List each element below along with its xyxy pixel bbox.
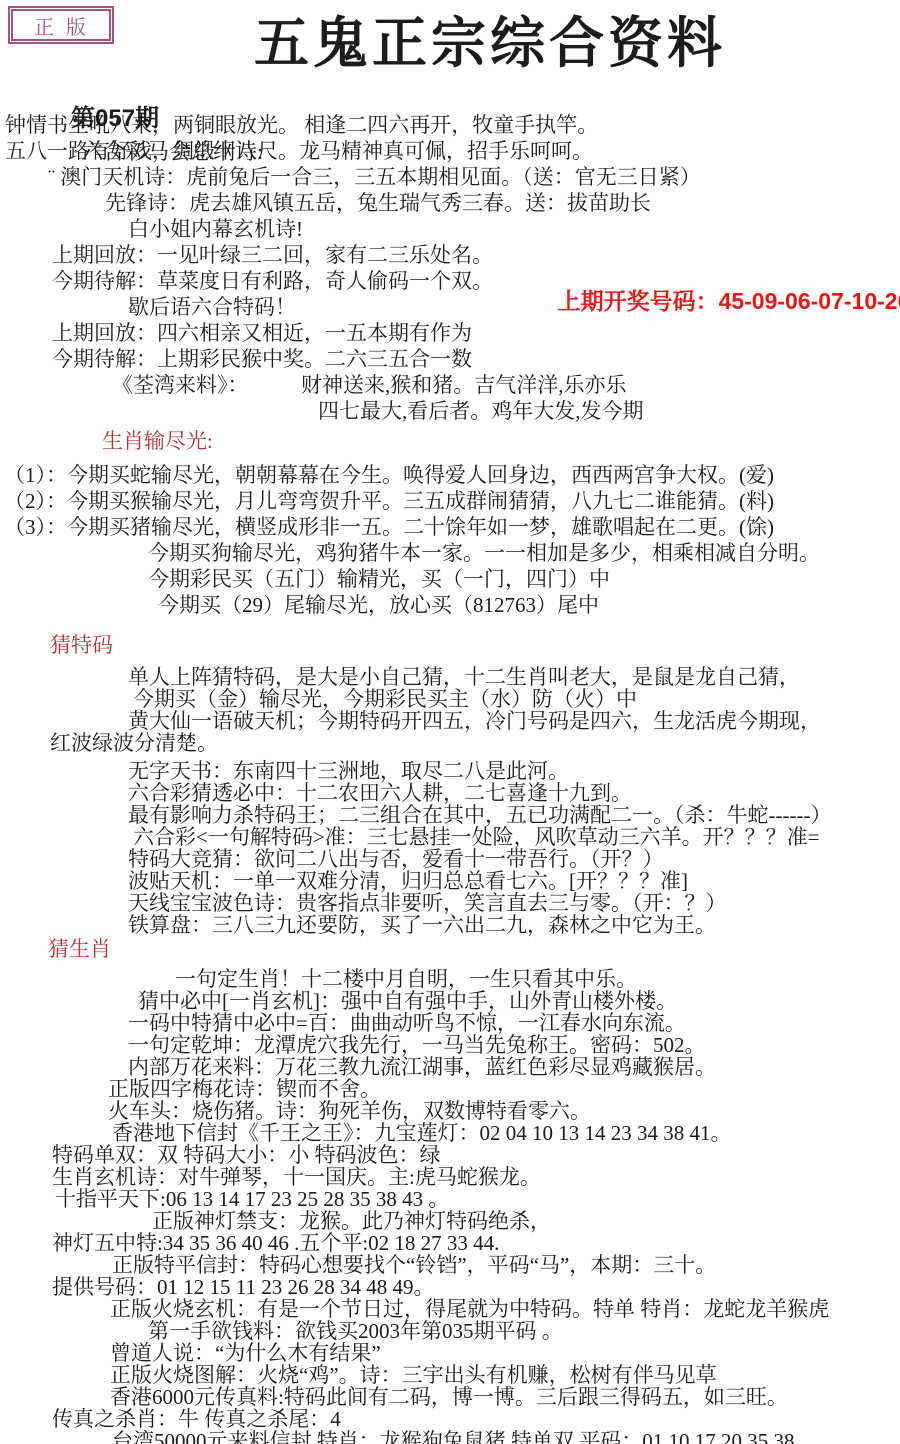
text-line: 神灯五中特:34 35 36 40 46 .五个平:02 18 27 33 44…: [0, 1232, 900, 1254]
text-line: 第一手欲钱料：欲钱买2003年第035期平码 。: [0, 1320, 900, 1342]
text-line: 正版火烧图解：火烧“鸡”。诗：三宇出头有机赚，松树有伴马见草: [0, 1364, 900, 1386]
text-line: 生肖玄机诗：对牛弹琴，十一国庆。主:虎马蛇猴龙。: [0, 1166, 900, 1188]
text-line: 特码大竞猜：欲问二八出与否，爱看十一带吾行。（开？）: [0, 848, 900, 870]
text-line: 《荃湾来料》： 财神送来,猴和猪。吉气洋洋,乐亦乐: [0, 372, 900, 398]
text-line: 黄大仙一语破天机；今期特码开四五，冷门号码是四六，生龙活虎今期现，: [0, 710, 900, 732]
text-line: 曾道人说：“为什么木有结果”: [0, 1342, 900, 1364]
last-draw-numbers: 45-09-06-07-10-26+48: [719, 288, 900, 314]
text-line: 红波绿波分清楚。: [0, 732, 900, 754]
text-line: 今期待解：上期彩民猴中奖。二六三五合一数: [0, 346, 900, 372]
authenticity-badge: 正版: [8, 6, 114, 44]
text-line: 香港6000元传真料:特码此间有二码，博一博。三后跟三得码五，如三旺。: [0, 1386, 900, 1408]
text-line: 六合彩猜透必中：十二农田六人耕，二七喜逢十九到。: [0, 782, 900, 804]
text-line: 今期彩民买（五门）输精光，买（一门，四门）中: [0, 566, 900, 592]
text-line: 香港地下信封《千王之王》：九宝莲灯：02 04 10 13 14 23 34 3…: [0, 1122, 900, 1144]
text-line: （1）：今期买蛇输尽光，朝朝幕幕在今生。唤得爱人回身边，西西两宫争大权。(爱): [0, 462, 900, 488]
text-line: 四七最大,看后者。鸡年大发,发今期: [0, 398, 900, 424]
text-line: 内部万花来料：万花三教九流江湖事，蓝红色彩尽显鸡藏猴居。: [0, 1056, 900, 1078]
document-page: 正版 五鬼正宗综合资料 第057期 六合彩马会总纲诗: 钟情书生吼八来，两铜眼放…: [0, 0, 900, 1444]
text-line: 白小姐内幕玄机诗!: [0, 216, 900, 242]
text-line: 一句定生肖！十二楼中月自明，一生只看其中乐。: [0, 968, 900, 990]
text-line: 天线宝宝波色诗：贵客指点非要听，笑言直去三与零。（开：？）: [0, 892, 900, 914]
text-line: 钟情书生吼八来，两铜眼放光。 相逢二四六再开，牧童手执竿。: [0, 112, 900, 138]
text-line: 一码中特猜中必中=百：曲曲动听鸟不惊，一江春水向东流。: [0, 1012, 900, 1034]
text-line: 台湾50000元来料信封 特肖：龙猴狗兔鼠猪 特单双 平码：01 10 17 2…: [0, 1430, 900, 1444]
text-line: 一句定乾坤：龙潭虎穴我先行，一马当先兔称王。密码：502。: [0, 1034, 900, 1056]
last-draw-banner: 上期开奖号码：45-09-06-07-10-26+48: [532, 256, 900, 343]
text-line: 猜中必中[一肖玄机]：强中自有强中手，山外青山楼外楼。: [0, 990, 900, 1012]
text-line: 今期买狗输尽光，鸡狗猪牛本一家。一一相加是多少，相乘相减自分明。: [0, 540, 900, 566]
text-line: 单人上阵猜特码，是大是小自己猜，十二生肖叫老大，是鼠是龙自己猜，: [0, 666, 900, 688]
text-line: 最有影响力杀特码王；二三组合在其中，五已功满配二一。（杀：牛蛇------）: [0, 804, 900, 826]
text-line: 铁算盘：三八三九还要防，买了一六出二九，森林之中它为王。: [0, 914, 900, 936]
text-line: 十指平天下:06 13 14 17 23 25 28 35 38 43 。: [0, 1188, 900, 1210]
section-header: 生肖输尽光:: [0, 428, 900, 454]
text-line: 提供号码：01 12 15 11 23 26 28 34 48 49。: [0, 1276, 900, 1298]
text-line: 特码单双：双 特码大小：小 特码波色：绿: [0, 1144, 900, 1166]
badge-label: 正版: [34, 11, 98, 40]
text-line: （2）：今期买猴输尽光，月儿弯弯贺升平。三五成群闹猜猜，八九七二谁能猜。(料): [0, 488, 900, 514]
text-line: 先锋诗：虎去雄风镇五岳，兔生瑞气秀三春。送：拔苗助长: [0, 190, 900, 216]
text-line: 六合彩<一句解特码>准：三七悬挂一处险，风吹草动三六羊。开？？？准=: [0, 826, 900, 848]
text-line: （3）：今期买猪输尽光，横竖成形非一五。二十馀年如一梦，雄歌唱起在二更。(馀): [0, 514, 900, 540]
text-line: 正版火烧玄机：有是一个节日过，得尾就为中特码。特单 特肖：龙蛇龙羊猴虎: [0, 1298, 900, 1320]
text-line: 无字天书：东南四十三洲地，取尽二八是此河。: [0, 760, 900, 782]
text-line: 火车头：烧伤猪。诗：狗死羊伤，双数博特看零六。: [0, 1100, 900, 1122]
section-header: 猜生肖: [0, 938, 900, 960]
text-line: 传真之杀肖：牛 传真之杀尾：4: [0, 1408, 900, 1430]
last-draw-label: 上期开奖号码：: [558, 288, 719, 314]
section-header: 猜特码: [0, 634, 900, 656]
text-line: 正版特平信封：特码心想要找个“铃铛”，平码“马”，本期：三十。: [0, 1254, 900, 1276]
text-line: 今期买（金）输尽光，今期彩民买主（水）防（火）中: [0, 688, 900, 710]
text-line: 正版四字梅花诗：锲而不舍。: [0, 1078, 900, 1100]
text-line: 波贴天机：一单一双难分清，归归总总看七六。[开？？？准]: [0, 870, 900, 892]
page-title: 五鬼正宗综合资料: [80, 12, 900, 76]
main-heading: 六合彩马会总纲诗:: [81, 139, 263, 164]
text-line: ¨ 澳门天机诗：虎前兔后一合三，三五本期相见面。（送：官无三日紧）: [0, 164, 900, 190]
issue-row: 第057期 六合彩马会总纲诗:: [55, 80, 900, 110]
text-line: 今期买（29）尾输尽光，放心买（812763）尾中: [0, 592, 900, 618]
text-line: 正版神灯禁支：龙猴。此乃神灯特码绝杀，: [0, 1210, 900, 1232]
